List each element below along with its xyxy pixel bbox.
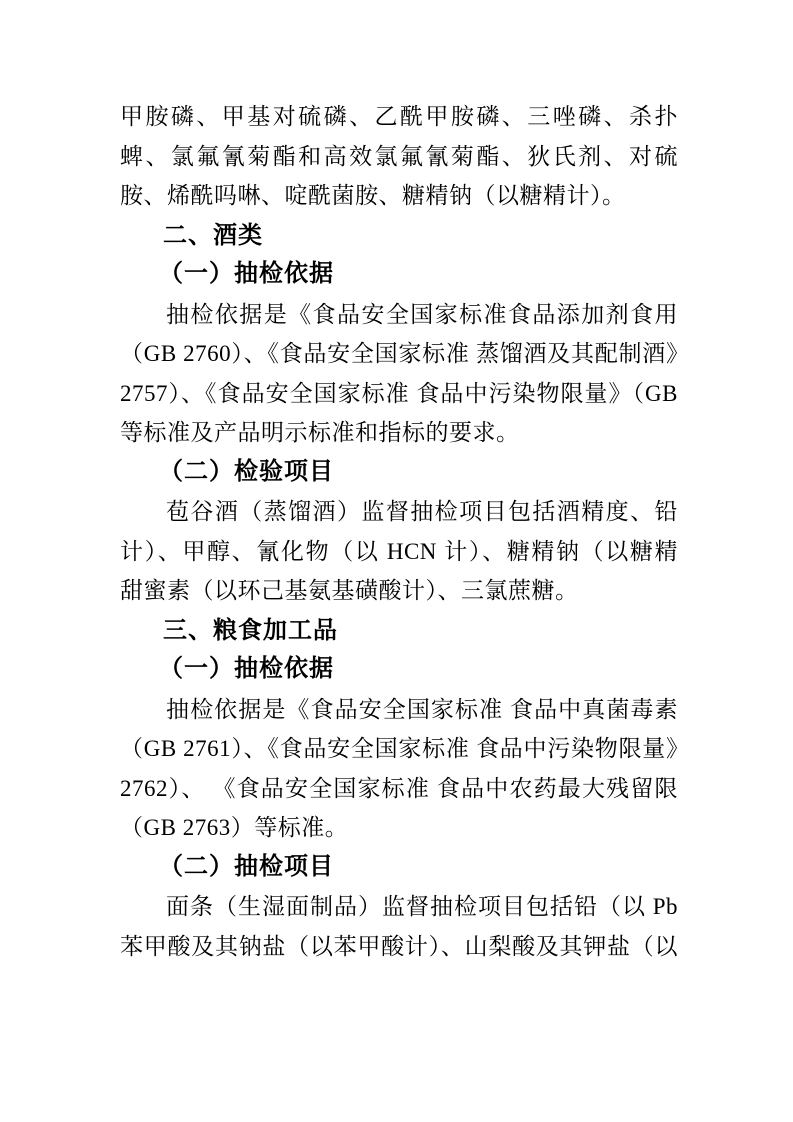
subsection-heading-grain-basis: （一）抽检依据	[120, 650, 678, 690]
text-line: 蜱、氯氟氰菊酯和高效氯氟氰菊酯、狄氏剂、对硫磷、咪鲜	[120, 137, 678, 177]
paragraph-liquor-basis: 抽检依据是《食品安全国家标准食品添加剂食用标准》（GB 2760）、《食品安全国…	[120, 295, 678, 453]
text-line: （GB 2760）、《食品安全国家标准 蒸馏酒及其配制酒》（GB	[120, 334, 678, 374]
text-line: （GB 2763）等标准。	[120, 808, 678, 848]
section-heading-liquor: 二、酒类	[120, 216, 678, 256]
section-heading-grain-products: 三、粮食加工品	[120, 611, 678, 651]
paragraph-grain-items: 面条（生湿面制品）监督抽检项目包括铅（以 Pb 计）、苯甲酸及其钠盐（以苯甲酸计…	[120, 887, 678, 966]
text-line: 抽检依据是《食品安全国家标准 食品中真菌毒素限量》	[120, 690, 678, 730]
text-line: 胺、烯酰吗啉、啶酰菌胺、糖精钠（以糖精计）。	[120, 176, 678, 216]
paragraph-pesticide-list-continued: 甲胺磷、甲基对硫磷、乙酰甲胺磷、三唑磷、杀扑磷、毒死蜱、氯氟氰菊酯和高效氯氟氰菊…	[120, 97, 678, 216]
text-line: 等标准及产品明示标准和指标的要求。	[120, 413, 678, 453]
document-body: 甲胺磷、甲基对硫磷、乙酰甲胺磷、三唑磷、杀扑磷、毒死蜱、氯氟氰菊酯和高效氯氟氰菊…	[120, 97, 678, 966]
text-line: 2757）、《食品安全国家标准 食品中污染物限量》（GB 2762）	[120, 374, 678, 414]
text-line: 抽检依据是《食品安全国家标准食品添加剂食用标准》	[120, 295, 678, 335]
paragraph-grain-basis: 抽检依据是《食品安全国家标准 食品中真菌毒素限量》（GB 2761）、《食品安全…	[120, 690, 678, 848]
paragraph-liquor-items: 苞谷酒（蒸馏酒）监督抽检项目包括酒精度、铅（以 Pb计）、甲醇、氰化物（以 HC…	[120, 492, 678, 611]
text-line: 计）、甲醇、氰化物（以 HCN 计）、糖精钠（以糖精计）、	[120, 532, 678, 572]
text-line: 甲胺磷、甲基对硫磷、乙酰甲胺磷、三唑磷、杀扑磷、毒死	[120, 97, 678, 137]
text-line: 面条（生湿面制品）监督抽检项目包括铅（以 Pb 计）、	[120, 887, 678, 927]
text-line: 苯甲酸及其钠盐（以苯甲酸计）、山梨酸及其钾盐（以山梨	[120, 927, 678, 967]
subsection-heading-liquor-basis: （一）抽检依据	[120, 255, 678, 295]
document-page: 甲胺磷、甲基对硫磷、乙酰甲胺磷、三唑磷、杀扑磷、毒死蜱、氯氟氰菊酯和高效氯氟氰菊…	[0, 0, 793, 1122]
subsection-heading-liquor-items: （二）检验项目	[120, 453, 678, 493]
subsection-heading-grain-items: （二）抽检项目	[120, 848, 678, 888]
text-line: （GB 2761）、《食品安全国家标准 食品中污染物限量》（GB	[120, 729, 678, 769]
text-line: 苞谷酒（蒸馏酒）监督抽检项目包括酒精度、铅（以 Pb	[120, 492, 678, 532]
text-line: 甜蜜素（以环己基氨基磺酸计）、三氯蔗糖。	[120, 571, 678, 611]
text-line: 2762）、 《食品安全国家标准 食品中农药最大残留限量》	[120, 769, 678, 809]
